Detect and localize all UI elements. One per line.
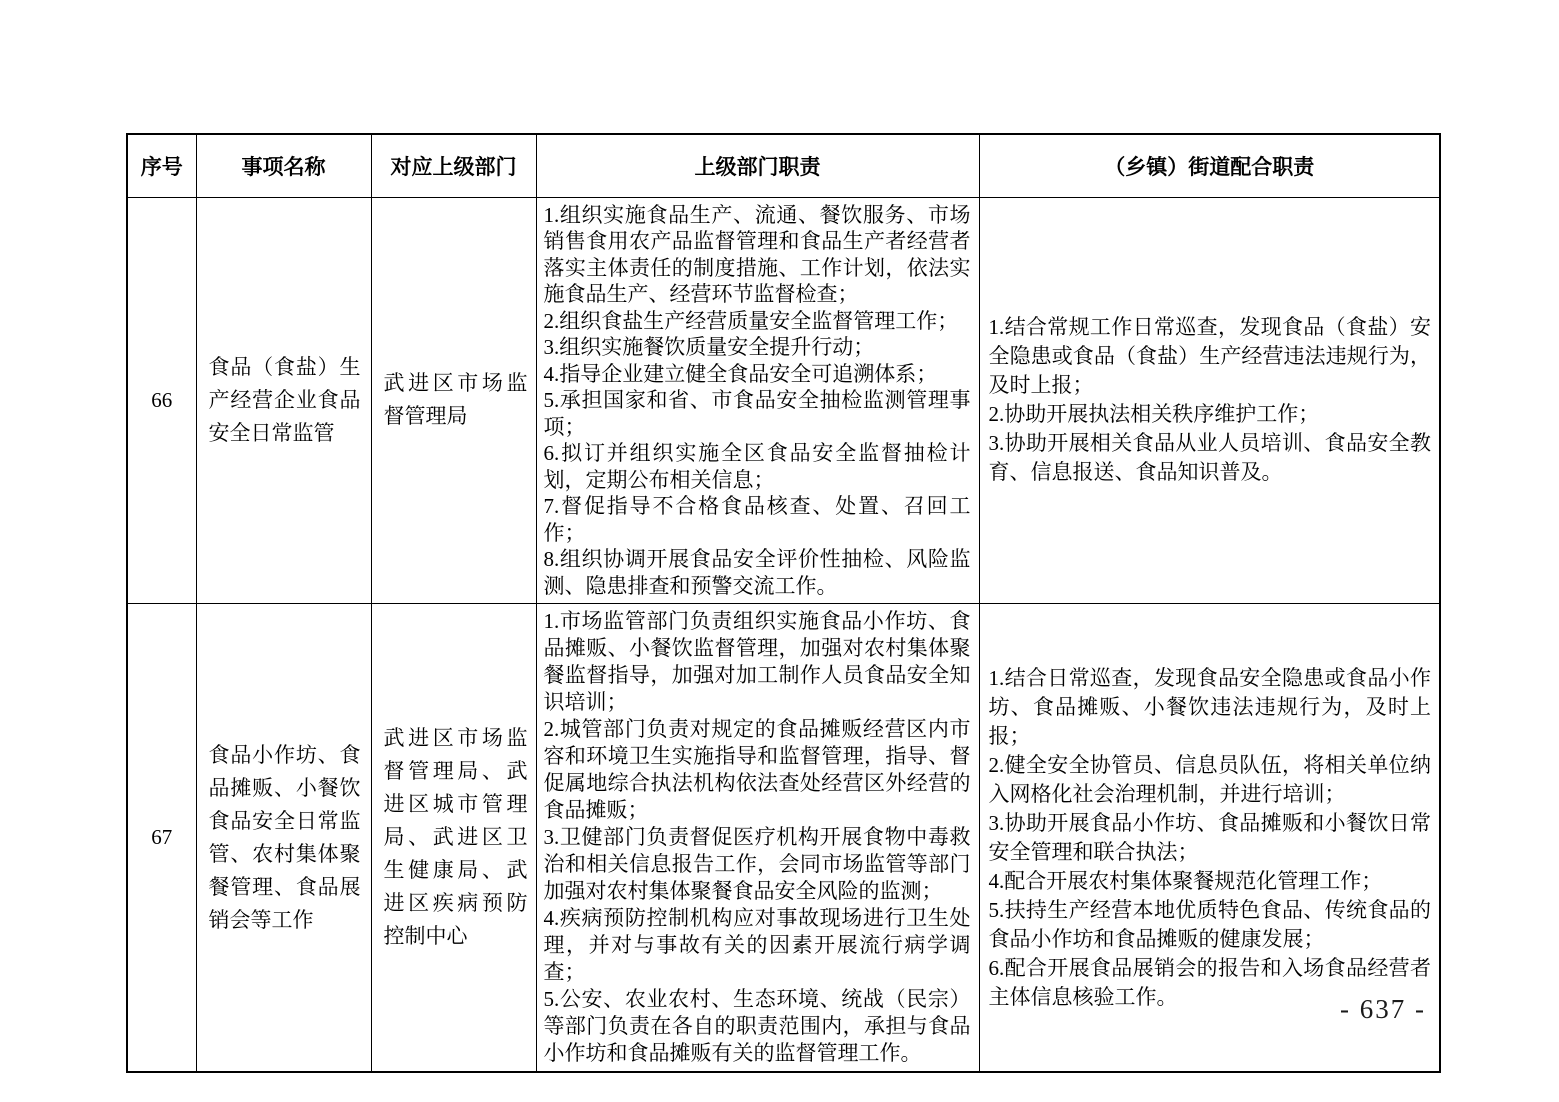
row-66-serial-number: 66 xyxy=(127,197,196,604)
table-row-66: 66 食品（食盐）生产经营企业食品安全日常监管 武进区市场监督管理局 1.组织实… xyxy=(127,197,1440,604)
row-67-item-name: 食品小作坊、食品摊贩、小餐饮食品安全日常监管、农村集体聚餐管理、食品展销会等工作 xyxy=(196,604,371,1073)
header-row: 序号 事项名称 对应上级部门 上级部门职责 （乡镇）街道配合职责 xyxy=(127,134,1440,197)
page-number: - 637 - xyxy=(1340,994,1426,1025)
header-superior-duties: 上级部门职责 xyxy=(536,134,979,197)
header-item-name: 事项名称 xyxy=(196,134,371,197)
row-67-superior-duties: 1.市场监管部门负责组织实施食品小作坊、食品摊贩、小餐饮监督管理，加强对农村集体… xyxy=(536,604,979,1073)
table-row-67: 67 食品小作坊、食品摊贩、小餐饮食品安全日常监管、农村集体聚餐管理、食品展销会… xyxy=(127,604,1440,1073)
duties-table: 序号 事项名称 对应上级部门 上级部门职责 （乡镇）街道配合职责 66 食品（食… xyxy=(126,133,1441,1073)
row-66-item-name: 食品（食盐）生产经营企业食品安全日常监管 xyxy=(196,197,371,604)
row-66-superior-duties: 1.组织实施食品生产、流通、餐饮服务、市场销售食用农产品监督管理和食品生产者经营… xyxy=(536,197,979,604)
document-page: 序号 事项名称 对应上级部门 上级部门职责 （乡镇）街道配合职责 66 食品（食… xyxy=(0,0,1559,1102)
row-67-serial-number: 67 xyxy=(127,604,196,1073)
header-serial-number: 序号 xyxy=(127,134,196,197)
row-66-superior-department: 武进区市场监督管理局 xyxy=(371,197,536,604)
header-street-duties: （乡镇）街道配合职责 xyxy=(979,134,1440,197)
row-67-superior-department: 武进区市场监督管理局、武进区城市管理局、武进区卫生健康局、武进区疾病预防控制中心 xyxy=(371,604,536,1073)
header-superior-department: 对应上级部门 xyxy=(371,134,536,197)
row-66-street-duties: 1.结合常规工作日常巡查，发现食品（食盐）安全隐患或食品（食盐）生产经营违法违规… xyxy=(979,197,1440,604)
